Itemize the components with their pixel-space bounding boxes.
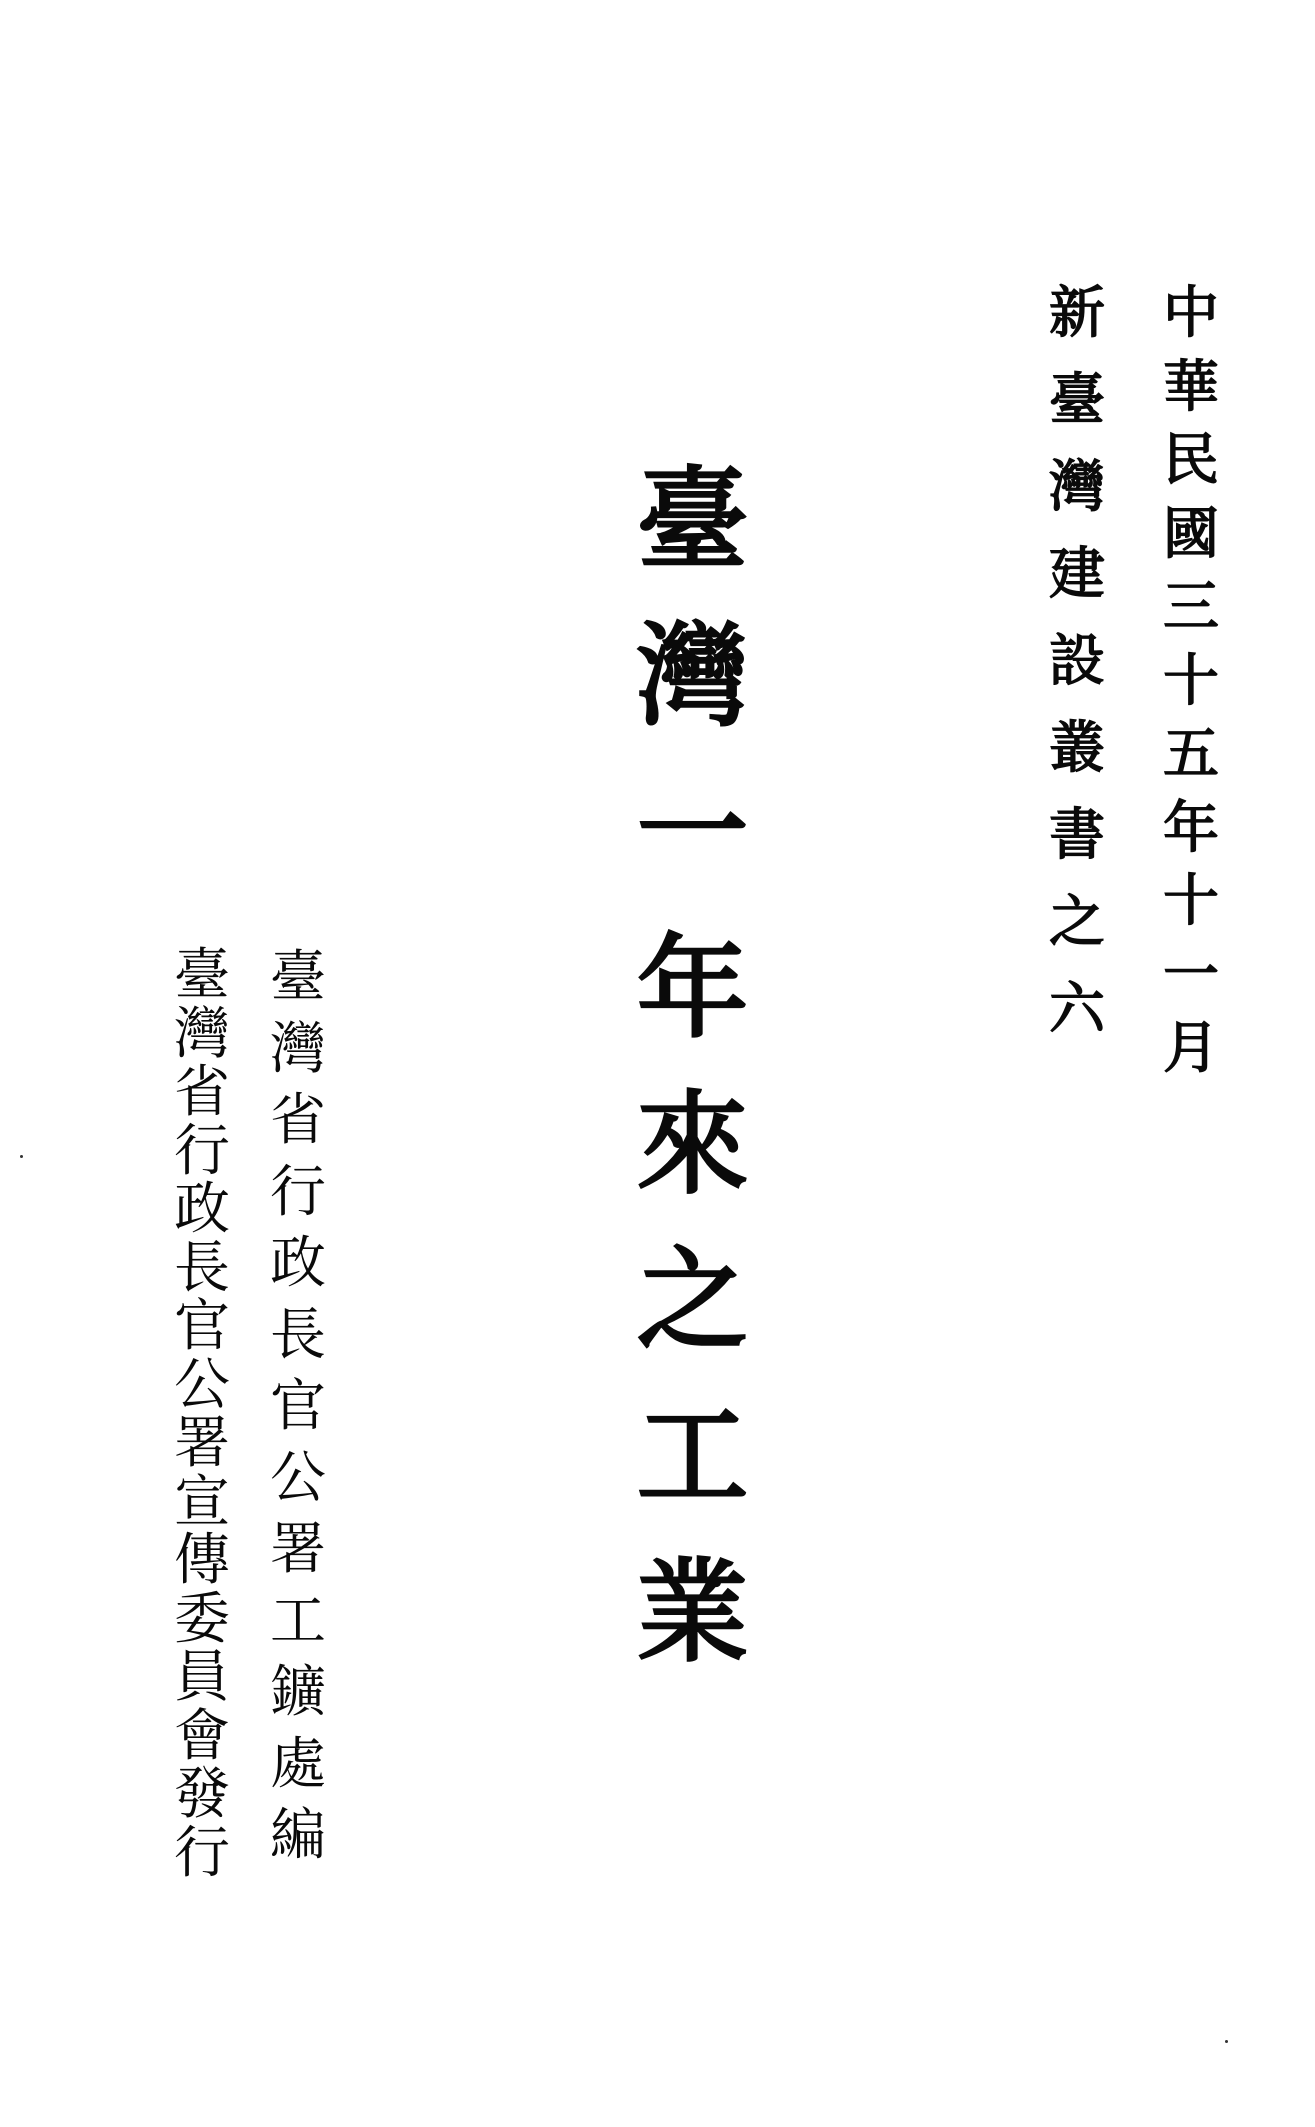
publisher-char: 宣 — [174, 1475, 230, 1534]
editor-char: 鑛 — [270, 1665, 326, 1737]
series-char: 叢 — [1049, 720, 1105, 807]
series-char: 建 — [1049, 546, 1105, 633]
editor-char: 編 — [270, 1808, 326, 1880]
date-char: 十 — [1163, 653, 1219, 727]
editor-char: 工 — [270, 1594, 326, 1666]
title-char: 灣 — [637, 621, 749, 777]
series-line: 新 臺 灣 建 設 叢 書 之 六 — [1042, 285, 1112, 1068]
date-char: 華 — [1163, 359, 1219, 433]
series-char: 灣 — [1049, 459, 1105, 546]
series-char: 六 — [1049, 981, 1105, 1068]
editor-char: 省 — [270, 1093, 326, 1165]
editor-char: 政 — [270, 1236, 326, 1308]
editor-char: 官 — [270, 1379, 326, 1451]
scan-speck — [1225, 2040, 1228, 2043]
date-char: 中 — [1163, 285, 1219, 359]
title-char: 業 — [637, 1557, 749, 1713]
series-char: 書 — [1049, 807, 1105, 894]
publisher-char: 臺 — [174, 948, 230, 1007]
date-char: 國 — [1163, 506, 1219, 580]
book-title: 臺 灣 一 年 來 之 工 業 — [625, 465, 760, 1713]
series-char: 之 — [1049, 894, 1105, 981]
editor-char: 長 — [270, 1308, 326, 1380]
publication-date-line: 中 華 民 國 三 十 五 年 十 一 月 — [1150, 285, 1232, 1094]
publisher-char: 行 — [174, 1124, 230, 1183]
title-char: 臺 — [637, 465, 749, 621]
publisher-char: 署 — [174, 1416, 230, 1475]
date-char: 一 — [1163, 947, 1219, 1021]
date-char: 月 — [1163, 1020, 1219, 1094]
publisher-char: 傳 — [174, 1533, 230, 1592]
title-char: 來 — [637, 1089, 749, 1245]
publisher-char: 發 — [174, 1767, 230, 1826]
editor-char: 處 — [270, 1737, 326, 1809]
series-char: 設 — [1049, 633, 1105, 720]
date-char: 三 — [1163, 579, 1219, 653]
title-page: 中 華 民 國 三 十 五 年 十 一 月 新 臺 灣 建 設 叢 書 之 六 … — [0, 0, 1315, 2127]
editor-char: 公 — [270, 1451, 326, 1523]
publisher-char: 公 — [174, 1358, 230, 1417]
date-char: 十 — [1163, 873, 1219, 947]
publisher-char: 官 — [174, 1299, 230, 1358]
publisher-char: 委 — [174, 1592, 230, 1651]
editor-char: 臺 — [270, 950, 326, 1022]
publisher-char: 長 — [174, 1241, 230, 1300]
date-char: 五 — [1163, 726, 1219, 800]
date-char: 民 — [1163, 432, 1219, 506]
publisher-char: 員 — [174, 1650, 230, 1709]
series-char: 臺 — [1049, 372, 1105, 459]
publisher-char: 省 — [174, 1065, 230, 1124]
publisher-char: 會 — [174, 1709, 230, 1768]
publisher-char: 行 — [174, 1826, 230, 1885]
title-char: 之 — [637, 1245, 749, 1401]
title-char: 工 — [637, 1401, 749, 1557]
date-char: 年 — [1163, 800, 1219, 874]
title-char: 年 — [637, 933, 749, 1089]
publisher-line: 臺 灣 省 行 政 長 官 公 署 宣 傳 委 員 會 發 行 — [166, 948, 238, 1884]
editor-char: 署 — [270, 1522, 326, 1594]
series-char: 新 — [1049, 285, 1105, 372]
title-char: 一 — [637, 777, 749, 933]
scan-speck — [20, 1155, 23, 1158]
editor-char: 行 — [270, 1165, 326, 1237]
publisher-char: 灣 — [174, 1007, 230, 1066]
publisher-char: 政 — [174, 1182, 230, 1241]
editor-line: 臺 灣 省 行 政 長 官 公 署 工 鑛 處 編 — [262, 950, 334, 1880]
editor-char: 灣 — [270, 1022, 326, 1094]
